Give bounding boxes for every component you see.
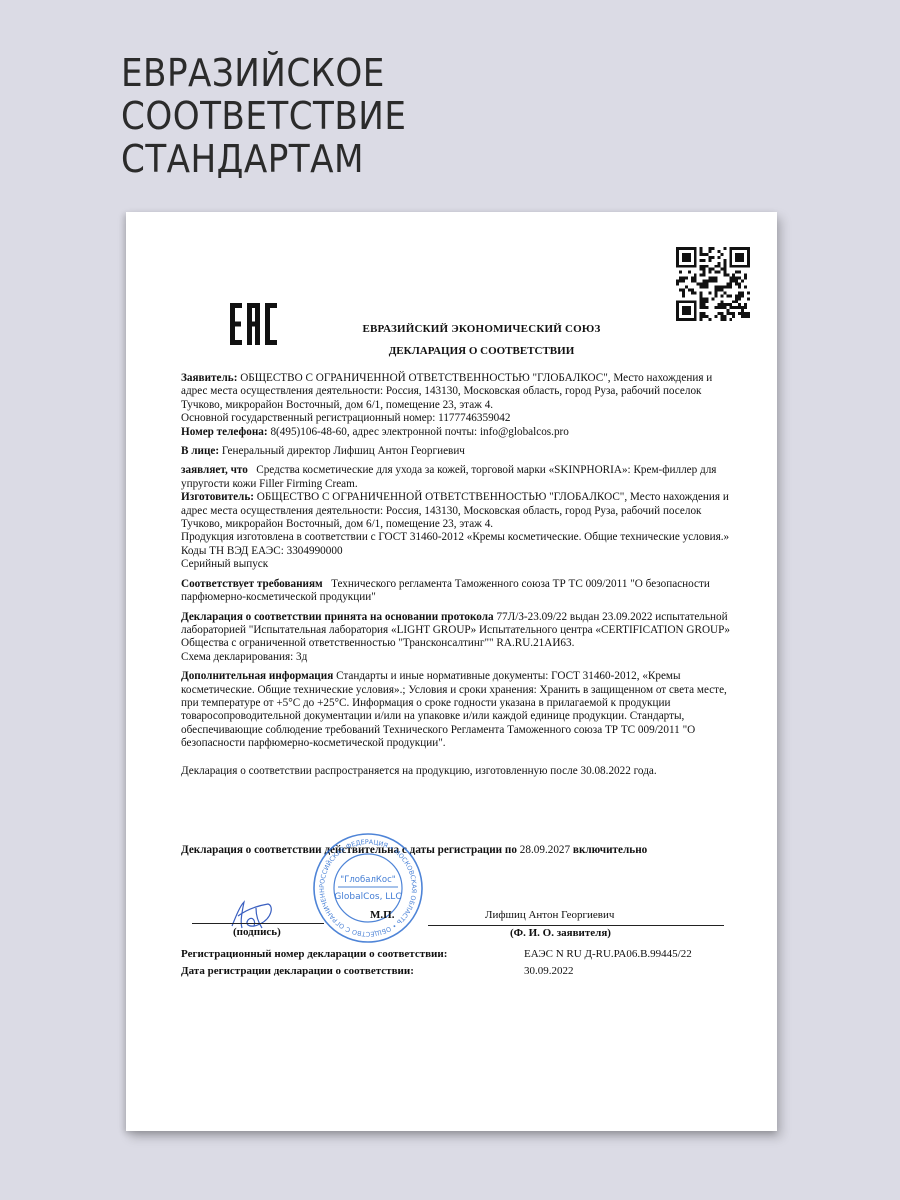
company-stamp-icon: РОССИЙСКАЯ ФЕДЕРАЦИЯ • МОСКОВСКАЯ ОБЛАСТ… <box>312 832 424 944</box>
qr-code-icon[interactable] <box>676 247 750 321</box>
declaration-document: ЕВРАЗИЙСКИЙ ЭКОНОМИЧЕСКИЙ СОЮЗ ДЕКЛАРАЦИ… <box>126 212 777 1131</box>
serial-release: Серийный выпуск <box>181 558 741 571</box>
union-title: ЕВРАЗИЙСКИЙ ЭКОНОМИЧЕСКИЙ СОЮЗ <box>126 323 777 335</box>
manufacturer-block: Изготовитель: ОБЩЕСТВО С ОГРАНИЧЕННОЙ ОТ… <box>181 491 741 531</box>
basis-label: Декларация о соответствии принята на осн… <box>181 611 494 623</box>
svg-text:"ГлобалКос": "ГлобалКос" <box>340 875 396 885</box>
declares-block: заявляет, что Средства косметические для… <box>181 464 741 491</box>
registration-date-label: Дата регистрации декларации о соответств… <box>181 965 414 977</box>
validity-block: Декларация о соответствии действительна … <box>181 844 741 857</box>
applies-to: Декларация о соответствии распространяет… <box>181 765 741 778</box>
registration-number: ЕАЭС N RU Д-RU.РА06.В.99445/22 <box>524 948 692 960</box>
applicant-text: ОБЩЕСТВО С ОГРАНИЧЕННОЙ ОТВЕТСТВЕННОСТЬЮ… <box>181 372 712 411</box>
contacts-label: Номер телефона: <box>181 426 268 438</box>
name-line <box>428 925 724 926</box>
declares-label: заявляет, что <box>181 464 248 476</box>
signature-line <box>192 923 324 924</box>
declaration-title: ДЕКЛАРАЦИЯ О СООТВЕТСТВИИ <box>126 345 777 357</box>
manufacturer-text: ОБЩЕСТВО С ОГРАНИЧЕННОЙ ОТВЕТСТВЕННОСТЬЮ… <box>181 491 729 530</box>
signer-name: Лифшиц Антон Георгиевич <box>485 909 614 921</box>
declares-text: Средства косметические для ухода за коже… <box>181 464 719 489</box>
represented-label: В лице: <box>181 445 219 457</box>
registration-number-label: Регистрационный номер декларации о соотв… <box>181 948 447 960</box>
validity-suffix: включительно <box>570 844 647 856</box>
validity-date: 28.09.2027 <box>517 844 570 856</box>
declaration-body: Заявитель: ОБЩЕСТВО С ОГРАНИЧЕННОЙ ОТВЕТ… <box>181 372 741 778</box>
basis-block: Декларация о соответствии принята на осн… <box>181 611 741 651</box>
seal-placeholder: М.П. <box>370 909 394 921</box>
contacts: Номер телефона: 8(495)106-48-60, адрес э… <box>181 426 741 439</box>
name-caption: (Ф. И. О. заявителя) <box>510 927 611 939</box>
hs-codes: Коды ТН ВЭД ЕАЭС: 3304990000 <box>181 545 741 558</box>
additional-label: Дополнительная информация <box>181 670 333 682</box>
represented-text: Генеральный директор Лифшиц Антон Георги… <box>219 445 465 457</box>
conforms-block: Соответствует требованиям Технического р… <box>181 578 741 605</box>
conforms-label: Соответствует требованиям <box>181 578 323 590</box>
registration-date: 30.09.2022 <box>524 965 574 977</box>
additional-block: Дополнительная информация Стандарты и ин… <box>181 670 741 750</box>
hero-line: СООТВЕТСТВИЕ <box>121 95 406 138</box>
svg-text:GlobalCos, LLC: GlobalCos, LLC <box>334 892 401 902</box>
hero-heading: ЕВРАЗИЙСКОЕ СООТВЕТСТВИЕ СТАНДАРТАМ <box>121 52 406 181</box>
manufacturer-label: Изготовитель: <box>181 491 254 503</box>
applicant-label: Заявитель: <box>181 372 237 384</box>
gost-statement: Продукция изготовлена в соответствии с Г… <box>181 531 741 544</box>
ogrn: Основной государственный регистрационный… <box>181 412 741 425</box>
declaration-scheme: Схема декларирования: 3д <box>181 651 741 664</box>
signature-caption: (подпись) <box>233 926 281 938</box>
contacts-text: 8(495)106-48-60, адрес электронной почты… <box>268 426 569 438</box>
hero-line: ЕВРАЗИЙСКОЕ <box>121 52 406 95</box>
represented-by: В лице: Генеральный директор Лифшиц Анто… <box>181 445 741 458</box>
applicant-block: Заявитель: ОБЩЕСТВО С ОГРАНИЧЕННОЙ ОТВЕТ… <box>181 372 741 412</box>
hero-line: СТАНДАРТАМ <box>121 138 406 181</box>
